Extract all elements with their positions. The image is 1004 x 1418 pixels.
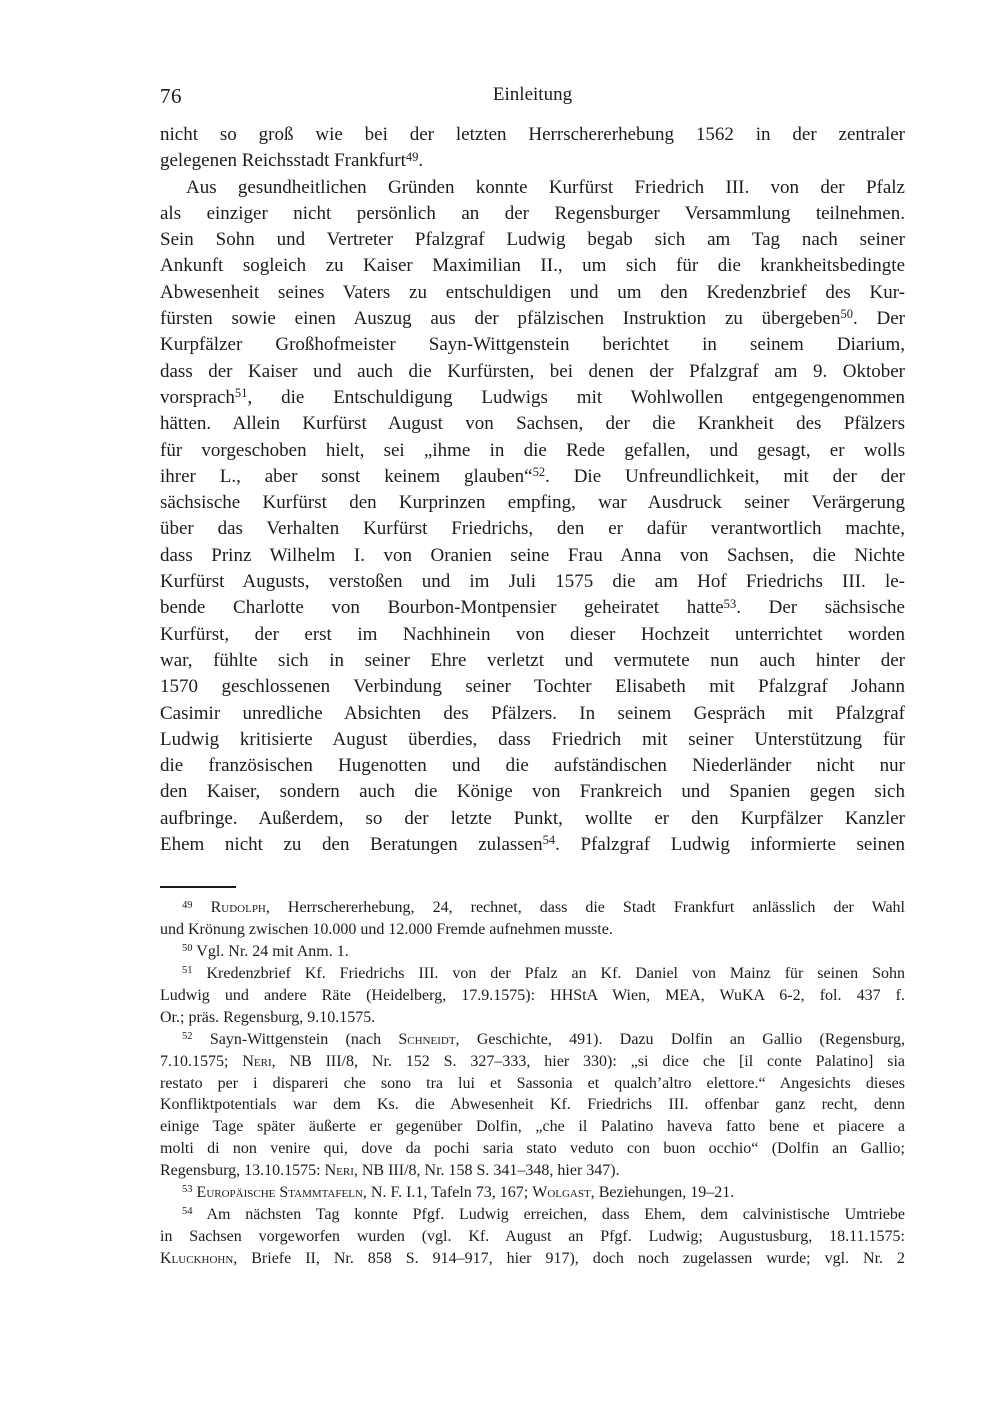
footnote-ref-number: 51 [182, 965, 193, 976]
body-text-line: für vorgeschoben hielt, sei „ihme in die… [160, 438, 905, 464]
footnote-line: 53 Europäische Stammtafeln, N. F. I.1, T… [160, 1182, 905, 1204]
footnote-line: und Krönung zwischen 10.000 und 12.000 F… [160, 919, 905, 941]
body-text-line: Casimir unredliche Absichten des Pfälzer… [160, 701, 905, 727]
footnote-line: 49 Rudolph, Herrschererhebung, 24, rechn… [160, 897, 905, 919]
body-text-line: vorsprach51, die Entschuldigung Ludwigs … [160, 385, 905, 411]
footnote-line: Kluckhohn, Briefe II, Nr. 858 S. 914–917… [160, 1248, 905, 1270]
body-text: nicht so groß wie bei der letzten Herrsc… [160, 122, 905, 858]
footnote-line: 7.10.1575; Neri, NB III/8, Nr. 152 S. 32… [160, 1051, 905, 1073]
body-text-line: den Kaiser, sondern auch die Könige von … [160, 779, 905, 805]
small-caps-citation-name: Schneidt [398, 1031, 455, 1048]
body-text-line: sächsische Kurfürst den Kurprinzen empfi… [160, 490, 905, 516]
footnote-51: 51 Kredenzbrief Kf. Friedrichs III. von … [160, 963, 905, 1029]
body-text-line: fürsten sowie einen Auszug aus der pfälz… [160, 306, 905, 332]
footnote-52: 52 Sayn-Wittgenstein (nach Schneidt, Ges… [160, 1029, 905, 1182]
small-caps-citation-name: Wolgast [532, 1184, 591, 1201]
body-text-line: dass Prinz Wilhelm I. von Oranien seine … [160, 543, 905, 569]
footnote-ref-number: 49 [182, 900, 193, 911]
footnote-ref-number: 51 [235, 386, 248, 400]
running-title: Einleitung [160, 84, 905, 106]
footnote-ref-number: 52 [533, 465, 546, 479]
small-caps-citation-name: Rudolph [211, 899, 266, 916]
body-text-line: hätten. Allein Kurfürst August von Sachs… [160, 411, 905, 437]
footnote-line: Ludwig und andere Räte (Heidelberg, 17.9… [160, 985, 905, 1007]
body-text-line: Ehem nicht zu den Beratungen zulassen54.… [160, 832, 905, 858]
footnote-line: restato per i dispareri che sono tra lui… [160, 1073, 905, 1095]
footnote-line: Regensburg, 13.10.1575: Neri, NB III/8, … [160, 1160, 905, 1182]
body-text-line: Ankunft sogleich zu Kaiser Maximilian II… [160, 253, 905, 279]
body-text-line: Kurpfälzer Großhofmeister Sayn-Wittgenst… [160, 332, 905, 358]
body-text-line: nicht so groß wie bei der letzten Herrsc… [160, 122, 905, 148]
footnote-53: 53 Europäische Stammtafeln, N. F. I.1, T… [160, 1182, 905, 1204]
small-caps-citation-name: Kluckhohn [160, 1250, 233, 1267]
body-text-line: gelegenen Reichsstadt Frankfurt49. [160, 148, 905, 174]
body-text-line: die französischen Hugenotten und die auf… [160, 753, 905, 779]
footnote-line: molti di non venire qui, dove da pochi s… [160, 1138, 905, 1160]
page-header: 76 Einleitung [160, 84, 905, 110]
body-text-line: Aus gesundheitlichen Gründen konnte Kurf… [160, 175, 905, 201]
body-text-line: Kurfürst Augusts, verstoßen und im Juli … [160, 569, 905, 595]
body-text-line: bende Charlotte von Bourbon-Montpensier … [160, 595, 905, 621]
body-text-line: aufbringe. Außerdem, so der letzte Punkt… [160, 806, 905, 832]
footnote-ref-number: 54 [543, 833, 556, 847]
footnote-50: 50 Vgl. Nr. 24 mit Anm. 1. [160, 941, 905, 963]
footnote-line: einige Tage später äußerte er gegenüber … [160, 1116, 905, 1138]
small-caps-citation-name: Neri [242, 1053, 271, 1070]
body-text-line: als einziger nicht persönlich an der Reg… [160, 201, 905, 227]
body-text-line: Kurfürst, der erst im Nachhinein von die… [160, 622, 905, 648]
footnotes-section: 49 Rudolph, Herrschererhebung, 24, rechn… [160, 897, 905, 1269]
small-caps-citation-name: Europäische Stammtafeln [197, 1184, 363, 1201]
footnote-ref-number: 50 [182, 943, 193, 954]
footnote-separator-rule [160, 886, 236, 888]
body-text-line: Ludwig kritisierte August überdies, dass… [160, 727, 905, 753]
footnote-ref-number: 53 [724, 597, 737, 611]
footnote-ref-number: 50 [840, 307, 853, 321]
footnote-line: 54 Am nächsten Tag konnte Pfgf. Ludwig e… [160, 1204, 905, 1226]
footnote-line: in Sachsen vorgeworfen wurden (vgl. Kf. … [160, 1226, 905, 1248]
body-text-line: Abwesenheit seines Vaters zu entschuldig… [160, 280, 905, 306]
body-text-line: war, fühlte sich in seiner Ehre verletzt… [160, 648, 905, 674]
book-page: 76 Einleitung nicht so groß wie bei der … [0, 0, 1004, 1418]
footnote-ref-number: 54 [182, 1206, 193, 1217]
footnote-line: 52 Sayn-Wittgenstein (nach Schneidt, Ges… [160, 1029, 905, 1051]
footnote-line: Or.; präs. Regensburg, 9.10.1575. [160, 1007, 905, 1029]
body-text-line: ihrer L., aber sonst keinem glauben“52. … [160, 464, 905, 490]
footnote-ref-number: 53 [182, 1184, 193, 1195]
footnote-54: 54 Am nächsten Tag konnte Pfgf. Ludwig e… [160, 1204, 905, 1270]
body-text-line: 1570 geschlossenen Verbindung seiner Toc… [160, 674, 905, 700]
footnote-49: 49 Rudolph, Herrschererhebung, 24, rechn… [160, 897, 905, 941]
body-text-line: Sein Sohn und Vertreter Pfalzgraf Ludwig… [160, 227, 905, 253]
small-caps-citation-name: Neri [325, 1162, 354, 1179]
body-text-line: über das Verhalten Kurfürst Friedrichs, … [160, 516, 905, 542]
body-text-line: dass der Kaiser und auch die Kurfürsten,… [160, 359, 905, 385]
footnote-ref-number: 52 [182, 1031, 193, 1042]
footnote-line: 51 Kredenzbrief Kf. Friedrichs III. von … [160, 963, 905, 985]
footnote-line: Konfliktpotentials war dem Ks. die Abwes… [160, 1094, 905, 1116]
footnote-ref-number: 49 [406, 150, 419, 164]
footnote-line: 50 Vgl. Nr. 24 mit Anm. 1. [160, 941, 905, 963]
page-number: 76 [160, 84, 182, 109]
